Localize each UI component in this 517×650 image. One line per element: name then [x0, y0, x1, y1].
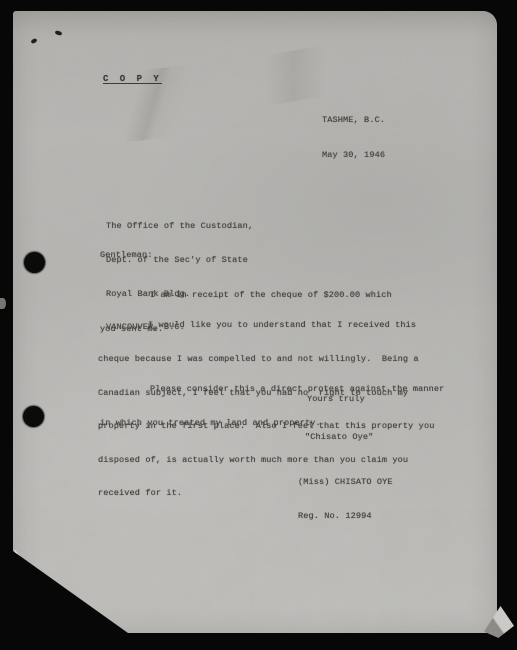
- folded-corner: [13, 547, 77, 633]
- address-line: The Office of the Custodian,: [106, 221, 253, 232]
- hole-punch-top: [24, 252, 45, 273]
- dateline-date: May 30, 1946: [322, 150, 385, 162]
- salutation: Gentleman:: [100, 250, 153, 261]
- signature-quoted: "Chisato Oye": [305, 432, 373, 443]
- staple-mark: [30, 38, 37, 44]
- scan-background: C O P Y TASHME, B.C. May 30, 1946 The Of…: [0, 0, 517, 650]
- signatory-block: (Miss) CHISATO OYE Reg. No. 12994: [298, 455, 393, 545]
- hole-punch-bottom: [23, 406, 44, 427]
- signatory-name: (Miss) CHISATO OYE: [298, 477, 393, 488]
- paragraph-line: Please consider this a direct protest ag…: [100, 384, 444, 395]
- dateline-place: TASHME, B.C.: [322, 115, 385, 127]
- staple-mark: [55, 30, 63, 36]
- letter-paper: C O P Y TASHME, B.C. May 30, 1946 The Of…: [13, 11, 497, 633]
- copy-stamp: C O P Y: [103, 74, 162, 85]
- closing: Yours truly: [307, 394, 365, 405]
- paragraph-line: I would like you to understand that I re…: [98, 320, 434, 331]
- paragraph: Please consider this a direct protest ag…: [100, 362, 444, 452]
- dateline: TASHME, B.C. May 30, 1946: [322, 92, 385, 185]
- edge-debris: [0, 298, 6, 309]
- paragraph-line: in which you treated my land and propert…: [100, 418, 444, 429]
- registration-number: Reg. No. 12994: [298, 511, 393, 522]
